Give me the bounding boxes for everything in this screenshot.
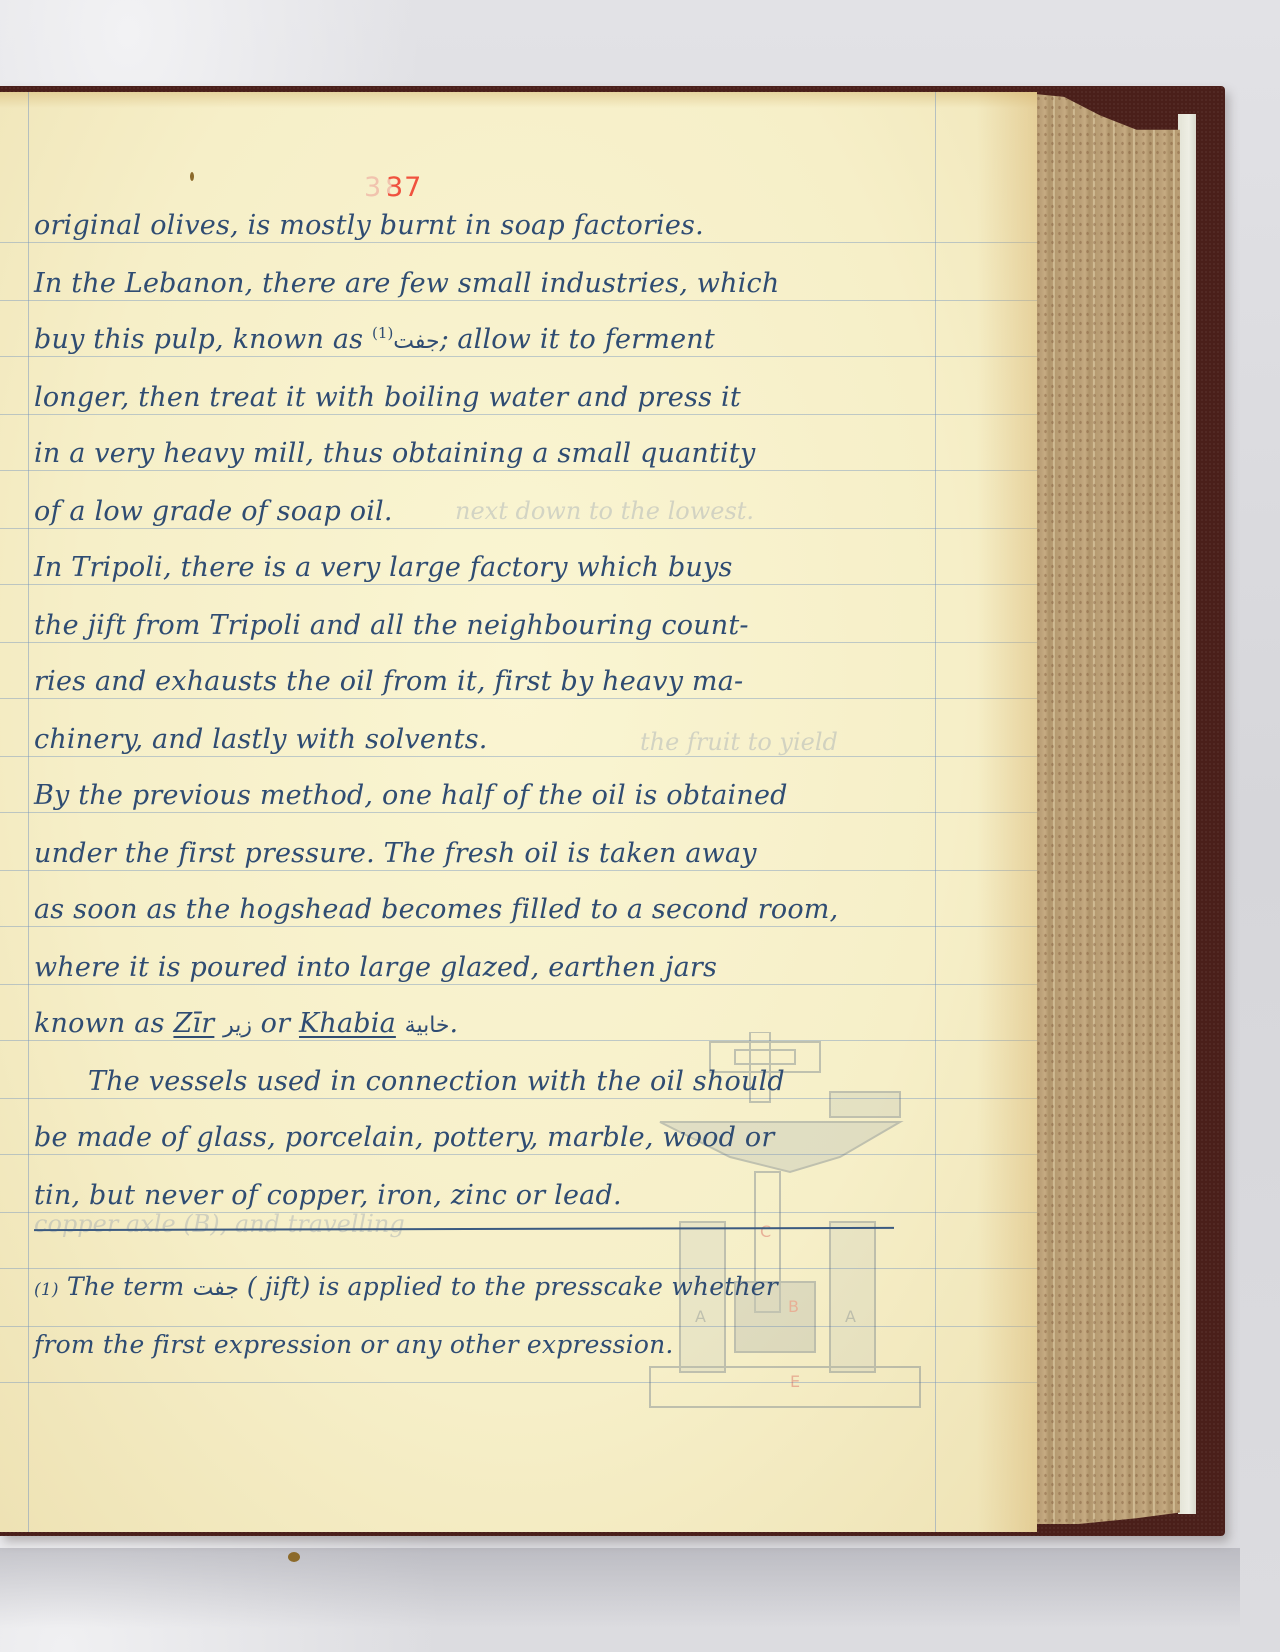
text-line: The vessels used in connection with the …	[88, 1066, 785, 1097]
footnote-line: (1) The term جفت ( jift) is applied to t…	[34, 1272, 778, 1301]
text-line: known as Zīr زير or Khabia خابية.	[34, 1008, 458, 1039]
svg-text:E: E	[790, 1372, 800, 1391]
stain-spot	[288, 1552, 300, 1562]
ruled-line	[0, 756, 1037, 757]
text-line: By the previous method, one half of the …	[34, 780, 788, 811]
text-line: In the Lebanon, there are few small indu…	[34, 268, 779, 299]
text-line: be made of glass, porcelain, pottery, ma…	[34, 1122, 774, 1153]
bleed-through-text: next down to the lowest.	[455, 497, 754, 525]
text-line: the jift from Tripoli and all the neighb…	[34, 610, 749, 641]
text-line: ries and exhausts the oil from it, first…	[34, 666, 743, 697]
text-line: In Tripoli, there is a very large factor…	[34, 552, 733, 583]
ruled-line	[0, 470, 1037, 471]
text-line: of a low grade of soap oil.	[34, 496, 393, 527]
text-line: original olives, is mostly burnt in soap…	[34, 210, 704, 241]
ruled-line	[0, 642, 1037, 643]
svg-text:A: A	[845, 1307, 856, 1326]
footnote-marker: (1)	[372, 324, 393, 342]
text-line: chinery, and lastly with solvents.	[34, 724, 488, 755]
right-margin-line	[935, 92, 936, 1532]
ruled-line	[0, 356, 1037, 357]
ruled-line	[0, 870, 1037, 871]
ruled-line	[0, 414, 1037, 415]
flyleaf-edge	[1178, 114, 1196, 1514]
footnote-line: from the first expression or any other e…	[34, 1330, 674, 1359]
arabic-term-jift: جفت	[393, 329, 439, 354]
svg-text:B: B	[788, 1297, 799, 1316]
bleed-through-text: copper axle (B), and travelling	[34, 1210, 405, 1238]
page-number: 37	[386, 172, 422, 203]
arabic-term-zir: زير	[223, 1013, 252, 1038]
text-line: under the first pressure. The fresh oil …	[34, 838, 757, 869]
arabic-term-jift: جفت	[193, 1276, 239, 1301]
text-line: longer, then treat it with boiling water…	[34, 382, 741, 413]
term-zir: Zīr	[173, 1008, 214, 1039]
ruled-line	[0, 584, 1037, 585]
page-block-edges	[1035, 94, 1180, 1524]
left-margin-line	[28, 92, 29, 1532]
text-line: where it is poured into large glazed, ea…	[34, 952, 717, 983]
ruled-line	[0, 698, 1037, 699]
text-line: tin, but never of copper, iron, zinc or …	[34, 1180, 622, 1211]
ruled-line	[0, 300, 1037, 301]
ruled-line	[0, 242, 1037, 243]
text-line: buy this pulp, known as جفت(1); allow it…	[34, 324, 715, 355]
bleed-through-text: the fruit to yield	[640, 728, 838, 756]
ruled-line	[0, 528, 1037, 529]
notebook-page: next down to the lowest. the fruit to yi…	[0, 92, 1037, 1532]
svg-text:A: A	[695, 1307, 706, 1326]
arabic-term-khabia: خابية	[405, 1013, 450, 1038]
book-shadow	[0, 1548, 1240, 1628]
term-khabia: Khabia	[299, 1008, 396, 1039]
ruled-line	[0, 984, 1037, 985]
text-line: in a very heavy mill, thus obtaining a s…	[34, 438, 755, 469]
ink-speck	[190, 172, 194, 181]
ruled-line	[0, 926, 1037, 927]
text-line: as soon as the hogshead becomes filled t…	[34, 894, 838, 925]
footnote-number: (1)	[34, 1280, 59, 1300]
svg-text:C: C	[760, 1222, 771, 1241]
ruled-line	[0, 812, 1037, 813]
